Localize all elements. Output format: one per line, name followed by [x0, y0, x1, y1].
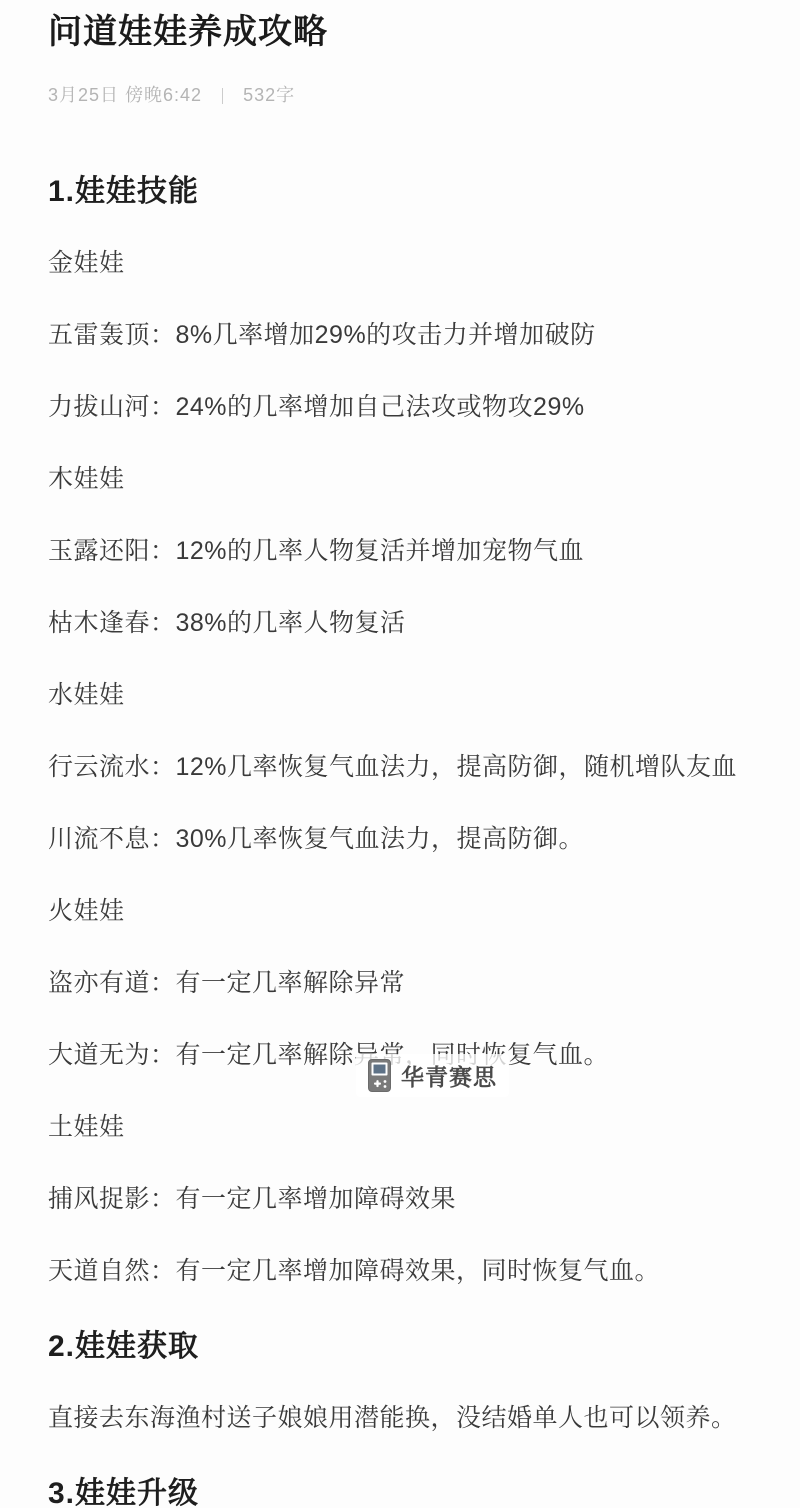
paragraph-wood-doll: 木娃娃 [48, 463, 752, 496]
paragraph-earth-doll: 土娃娃 [48, 1111, 752, 1144]
paragraph-obtain-info: 直接去东海渔村送子娘娘用潜能换，没结婚单人也可以领养。 [48, 1402, 752, 1435]
section-doll-upgrade: 3.娃娃升级 [48, 1474, 752, 1508]
meta-divider [222, 88, 223, 104]
paragraph-skill-xingyun: 行云流水：12%几率恢复气血法力，提高防御，随机增队友血 [48, 751, 752, 784]
paragraph-skill-liba: 力拔山河：24%的几率增加自己法攻或物攻29% [48, 391, 752, 424]
paragraph-skill-wulei: 五雷轰顶：8%几率增加29%的攻击力并增加破防 [48, 319, 752, 352]
handheld-console-icon [368, 1059, 391, 1092]
paragraph-gold-doll: 金娃娃 [48, 247, 752, 280]
note-meta: 3月25日 傍晚6:42 532字 [48, 84, 752, 107]
paragraph-water-doll: 水娃娃 [48, 679, 752, 712]
section-heading-skills: 1.娃娃技能 [48, 172, 752, 212]
note-document: 问道娃娃养成攻略 3月25日 傍晚6:42 532字 1.娃娃技能 金娃娃 五雷… [0, 0, 800, 1508]
note-word-count: 532字 [243, 84, 295, 107]
paragraph-skill-daoyi: 盗亦有道：有一定几率解除异常 [48, 967, 752, 1000]
section-heading-obtain: 2.娃娃获取 [48, 1327, 752, 1367]
paragraph-skill-bufeng: 捕风捉影：有一定几率增加障碍效果 [48, 1183, 752, 1216]
section-heading-upgrade: 3.娃娃升级 [48, 1474, 752, 1508]
paragraph-skill-tiandao: 天道自然：有一定几率增加障碍效果，同时恢复气血。 [48, 1255, 752, 1288]
paragraph-fire-doll: 火娃娃 [48, 895, 752, 928]
paragraph-skill-chuanliu: 川流不息：30%几率恢复气血法力，提高防御。 [48, 823, 752, 856]
note-title: 问道娃娃养成攻略 [48, 10, 752, 54]
section-doll-obtain: 2.娃娃获取 直接去东海渔村送子娘娘用潜能换，没结婚单人也可以领养。 [48, 1327, 752, 1435]
note-datetime: 3月25日 傍晚6:42 [48, 84, 202, 107]
paragraph-skill-yulu: 玉露还阳：12%的几率人物复活并增加宠物气血 [48, 535, 752, 568]
watermark-text: 华青赛思 [401, 1059, 497, 1092]
paragraph-skill-kumu: 枯木逢春：38%的几率人物复活 [48, 607, 752, 640]
watermark: 华青赛思 [356, 1054, 509, 1097]
section-doll-skills: 1.娃娃技能 金娃娃 五雷轰顶：8%几率增加29%的攻击力并增加破防 力拔山河：… [48, 172, 752, 1288]
